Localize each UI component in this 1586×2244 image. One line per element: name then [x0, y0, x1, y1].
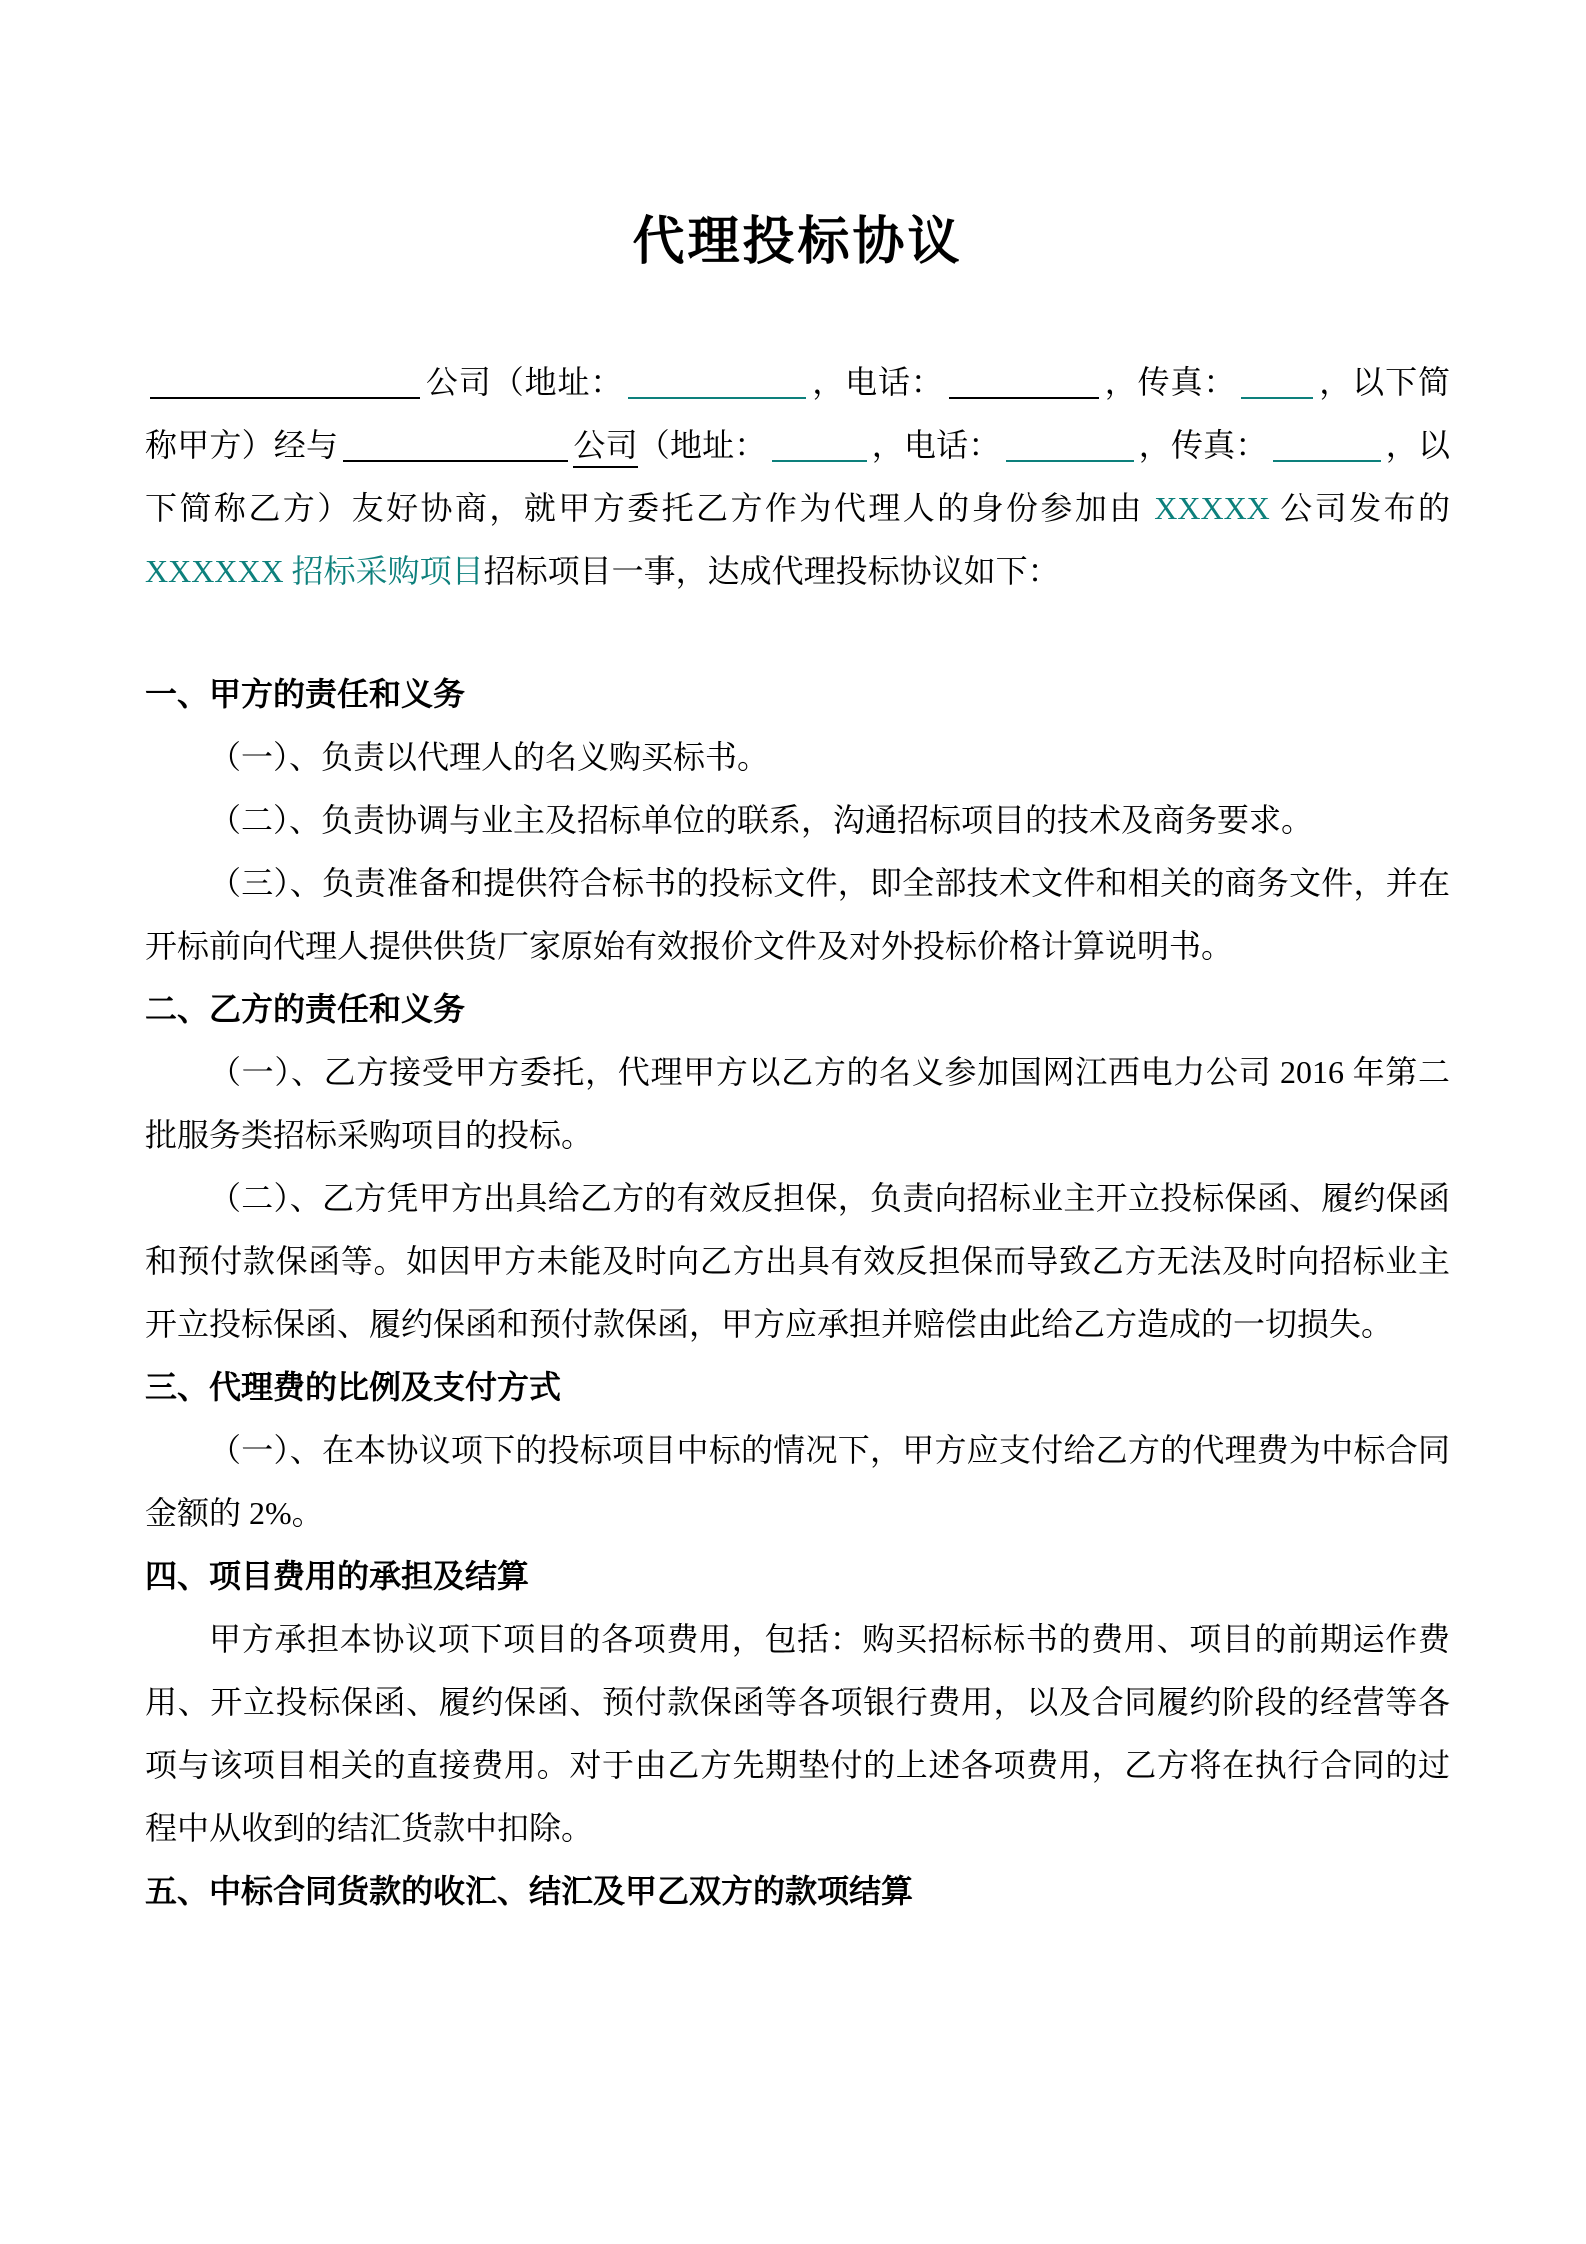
section-1-heading: 一、甲方的责任和义务: [145, 663, 1450, 726]
intro-text-3: ，传真：: [1104, 364, 1237, 400]
section-5-heading: 五、中标合同货款的收汇、结汇及甲乙双方的款项结算: [145, 1860, 1450, 1923]
intro-text-9: 公司发布的: [1270, 490, 1450, 526]
placeholder-issuer-name: XXXXX: [1154, 490, 1270, 526]
blank-party-a-fax: [1241, 365, 1313, 399]
intro-text-6: ，电话：: [872, 427, 1001, 463]
underlined-company-word: 公司: [573, 427, 638, 468]
document-body: 公司（地址：，电话：，传真：，以下简称甲方）经与公司（地址：，电话：，传真：，以…: [145, 351, 1450, 1923]
intro-paragraph: 公司（地址：，电话：，传真：，以下简称甲方）经与公司（地址：，电话：，传真：，以…: [145, 351, 1450, 603]
section-1-paragraph-1: （一）、负责以代理人的名义购买标书。: [145, 726, 1450, 789]
section-3-heading: 三、代理费的比例及支付方式: [145, 1356, 1450, 1419]
blank-party-a-company: [150, 365, 420, 399]
document-title: 代理投标协议: [145, 195, 1450, 291]
blank-party-b-phone: [1006, 428, 1134, 462]
section-2-paragraph-2: （二）、乙方凭甲方出具给乙方的有效反担保，负责向招标业主开立投标保函、履约保函和…: [145, 1167, 1450, 1356]
intro-text-1: 公司（地址：: [425, 364, 623, 400]
section-3-paragraph-1: （一）、在本协议项下的投标项目中标的情况下，甲方应支付给乙方的代理费为中标合同金…: [145, 1419, 1450, 1545]
section-4-heading: 四、项目费用的承担及结算: [145, 1545, 1450, 1608]
blank-party-b-company: [343, 428, 568, 462]
intro-text-10: 招标项目一事，达成代理投标协议如下：: [484, 553, 1060, 589]
section-1-paragraph-2: （二）、负责协调与业主及招标单位的联系，沟通招标项目的技术及商务要求。: [145, 789, 1450, 852]
blank-party-b-fax: [1273, 428, 1381, 462]
document-page: 代理投标协议 公司（地址：，电话：，传真：，以下简称甲方）经与公司（地址：，电话…: [0, 0, 1586, 1923]
intro-text-7: ，传真：: [1139, 427, 1268, 463]
intro-text-5: （地址：: [638, 427, 767, 463]
intro-text-2: ，电话：: [811, 364, 944, 400]
blank-party-a-address: [628, 365, 806, 399]
section-2-paragraph-1: （一）、乙方接受甲方委托，代理甲方以乙方的名义参加国网江西电力公司 2016 年…: [145, 1041, 1450, 1167]
section-4-paragraph-1: 甲方承担本协议项下项目的各项费用，包括：购买招标标书的费用、项目的前期运作费用、…: [145, 1608, 1450, 1860]
section-2-heading: 二、乙方的责任和义务: [145, 978, 1450, 1041]
blank-party-a-phone: [949, 365, 1099, 399]
placeholder-project-name: XXXXXX 招标采购项目: [145, 553, 484, 589]
section-1-paragraph-3: （三）、负责准备和提供符合标书的投标文件，即全部技术文件和相关的商务文件，并在开…: [145, 852, 1450, 978]
blank-party-b-address: [772, 428, 867, 462]
